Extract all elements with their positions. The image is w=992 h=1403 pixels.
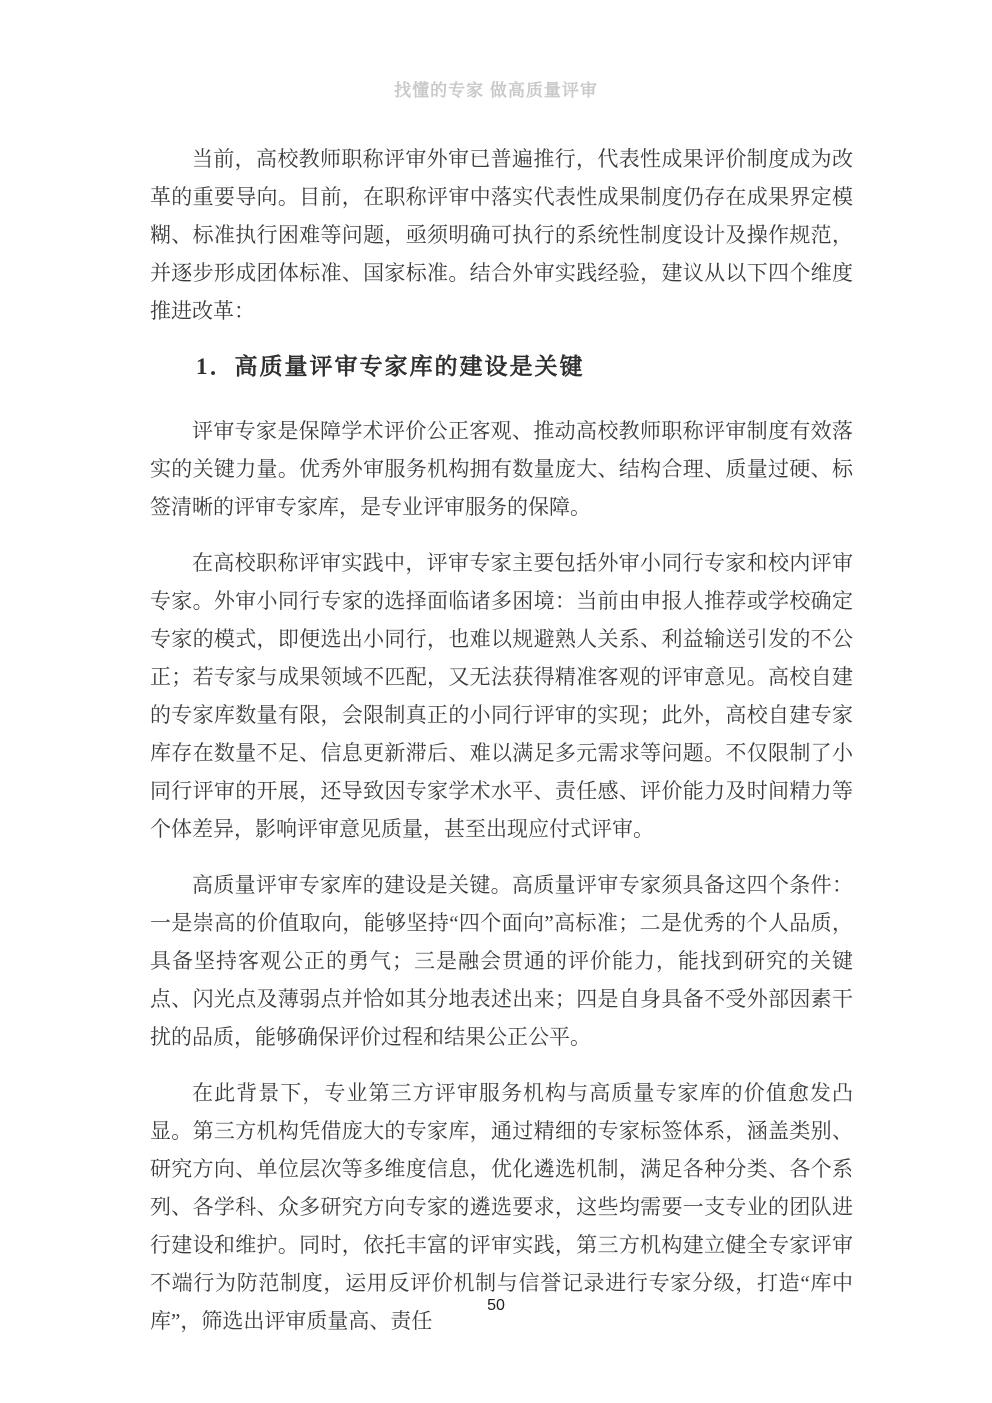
page-header-slogan: 找懂的专家 做高质量评审 — [0, 76, 992, 101]
paragraph-expert-importance: 评审专家是保障学术评价公正客观、推动高校教师职称评审制度有效落实的关键力量。优秀… — [150, 412, 853, 526]
paragraph-review-practice-challenges: 在高校职称评审实践中，评审专家主要包括外审小同行专家和校内评审专家。外审小同行专… — [150, 544, 853, 848]
section-heading-1: 1．高质量评审专家库的建设是关键 — [150, 348, 853, 386]
paragraph-intro: 当前，高校教师职称评审外审已普遍推行，代表性成果评价制度成为改革的重要导向。目前… — [150, 140, 853, 330]
document-page: 找懂的专家 做高质量评审 当前，高校教师职称评审外审已普遍推行，代表性成果评价制… — [0, 0, 992, 1403]
document-body: 当前，高校教师职称评审外审已普遍推行，代表性成果评价制度成为改革的重要导向。目前… — [150, 140, 853, 1358]
paragraph-expert-pool-conditions: 高质量评审专家库的建设是关键。高质量评审专家须具备这四个条件：一是崇高的价值取向… — [150, 866, 853, 1056]
page-number: 50 — [0, 1297, 992, 1315]
